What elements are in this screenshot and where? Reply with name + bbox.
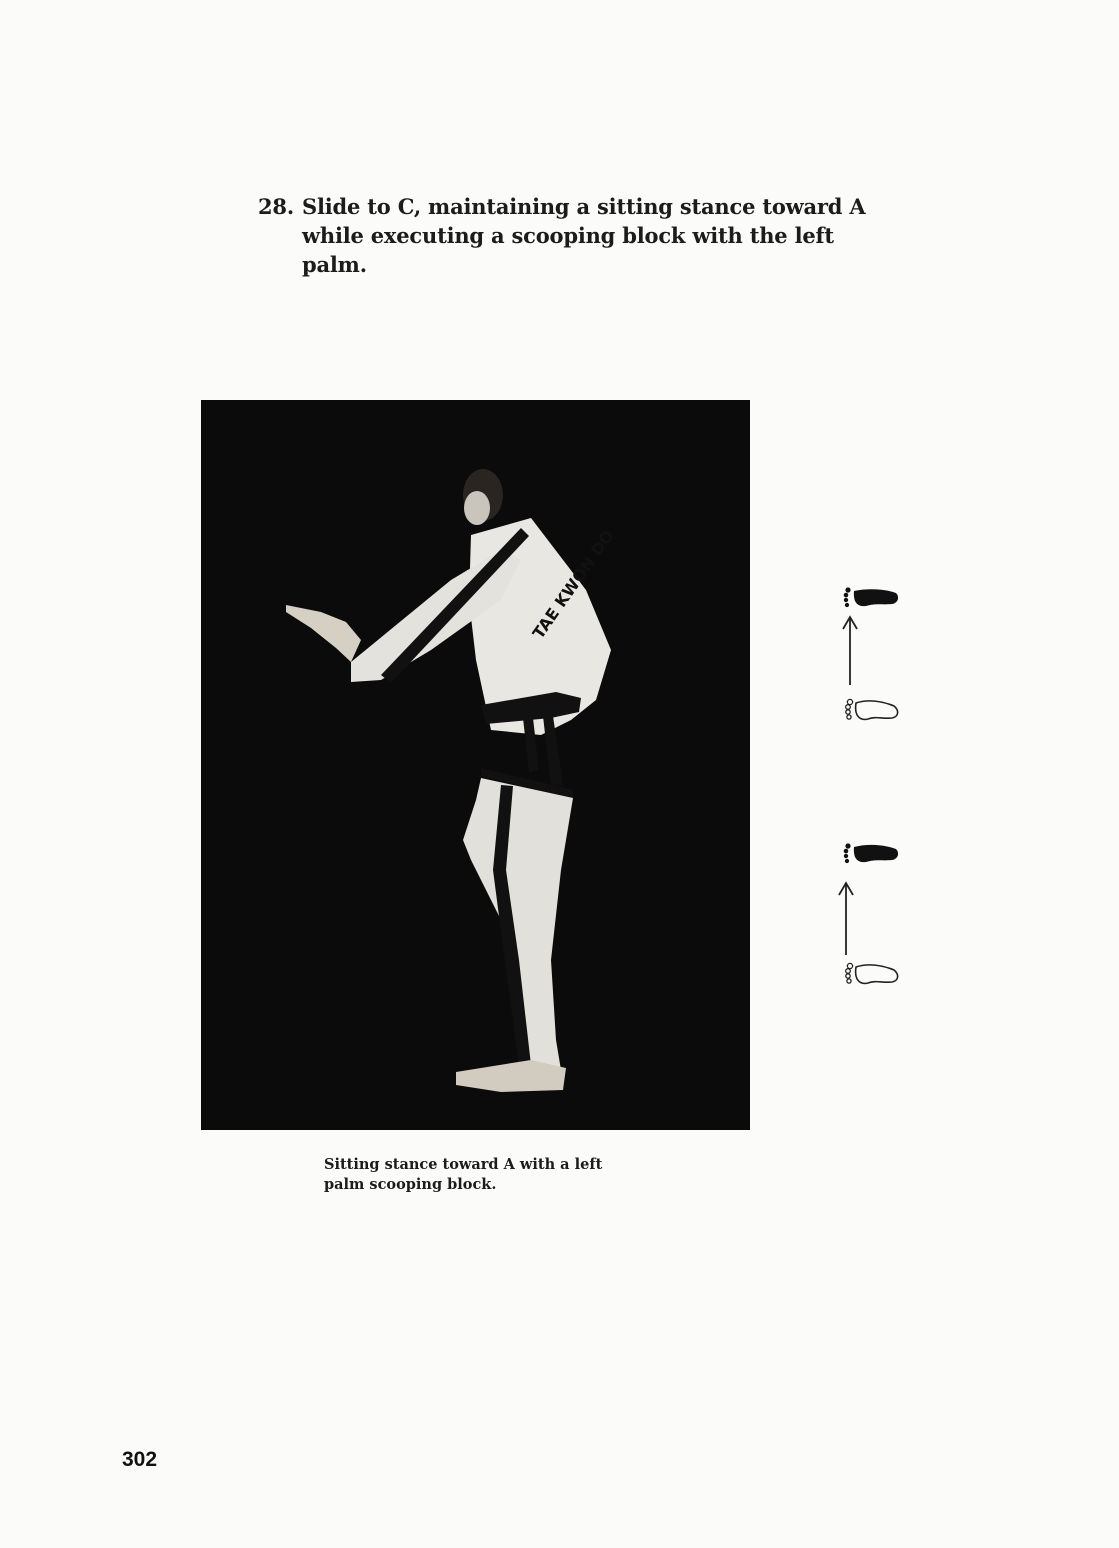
photo-caption: Sitting stance toward A with a left palm… [324,1155,684,1195]
arrow-up-icon [839,883,853,955]
instruction-line-1: 28.Slide to C, maintaining a sitting sta… [258,192,898,221]
step-number: 28. [258,192,302,221]
step-instruction: 28.Slide to C, maintaining a sitting sta… [258,192,898,279]
martial-artist-figure: TAE KWON DO [201,400,750,1130]
footwork-diagram [838,585,908,995]
caption-line-2: palm scooping block. [324,1175,684,1195]
caption-line-1: Sitting stance toward A with a left [324,1155,684,1175]
technique-photo: TAE KWON DO [201,400,750,1130]
outline-foot-icon [846,699,898,719]
outline-foot-icon [846,963,898,983]
arrow-up-icon [843,617,857,685]
instruction-line-2: while executing a scooping block with th… [258,221,898,279]
page-number: 302 [122,1448,157,1472]
footprint-diagram-icon [838,585,908,995]
filled-foot-icon [844,587,898,607]
filled-foot-icon [844,843,898,863]
